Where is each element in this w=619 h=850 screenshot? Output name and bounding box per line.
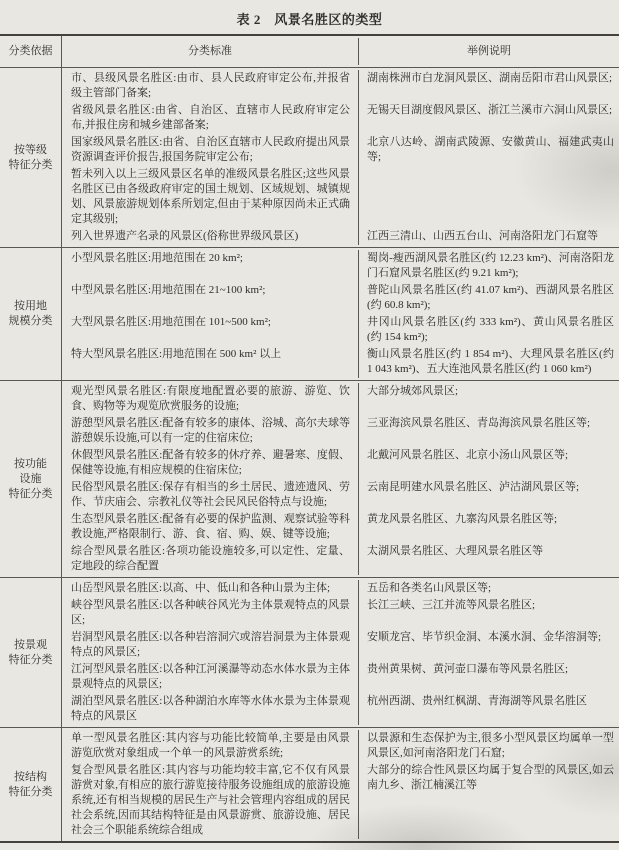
example-text: 长江三峡、三江并流等风景名胜区;	[359, 597, 619, 629]
example-text: 普陀山风景名胜区(约 41.07 km²)、西湖风景名胜区(约 60.8 km²…	[359, 282, 619, 314]
criteria-list: 山岳型风景名胜区:以高、中、低山和各种山景为主体; 五岳和各类名山风景区等; 峡…	[62, 578, 619, 727]
example-text: 以景源和生态保护为主,很多小型风景区均属单一型风景区,如河南洛阳龙门石窟;	[359, 730, 619, 762]
example-text: 北戴河风景名胜区、北京小汤山风景区等;	[359, 447, 619, 479]
header-cells: 分类标准 举例说明	[62, 36, 619, 67]
standard-text: 岩洞型风景名胜区:以各种岩溶洞穴或溶岩洞景为主体景观特点的风景区;	[62, 629, 359, 661]
criteria-list: 单一型风景名胜区:其内容与功能比较简单,主要是由风景游览欣赏对象组成一个单一的风…	[62, 728, 619, 841]
criteria-pair: 大型风景名胜区:用地范围在 101~500 km²; 井冈山风景名胜区(约 33…	[62, 314, 619, 346]
header-standard: 分类标准	[62, 38, 359, 65]
criteria-list: 市、县级风景名胜区:由市、县人民政府审定公布,并报省级主管部门备案; 湖南株洲市…	[62, 68, 619, 247]
example-text: 湖南株洲市白龙洞风景区、湖南岳阳市君山风景区;	[359, 70, 619, 102]
example-text: 大部分城郊风景区;	[359, 383, 619, 415]
standard-text: 休假型风景名胜区:配备有较多的休疗养、避暑寒、度假、保健等设施,有相应规模的住宿…	[62, 447, 359, 479]
criteria-pair: 省级风景名胜区:由省、自治区、直辖市人民政府审定公布,并报住房和城乡建部备案; …	[62, 102, 619, 134]
standard-text: 综合型风景名胜区:各项功能设施较多,可以定性、定量、定地段的综合配置	[62, 543, 359, 575]
example-text: 大部分的综合性风景区均属于复合型的风景区,如云南九乡、浙江楠溪江等	[359, 762, 619, 839]
standard-text: 市、县级风景名胜区:由市、县人民政府审定公布,并报省级主管部门备案;	[62, 70, 359, 102]
criteria-pair: 观光型风景名胜区:有限度地配置必要的旅游、游览、饮食、购物等为观览欣赏服务的设施…	[62, 383, 619, 415]
example-text: 太湖风景名胜区、大理风景名胜区等	[359, 543, 619, 575]
criteria-pair: 暂未列入以上三级风景区名单的准级风景名胜区;这些风景名胜区已由各级政府审定的国土…	[62, 166, 619, 228]
example-text	[359, 166, 619, 228]
standard-text: 江河型风景名胜区:以各种江河溪瀑等动态水体水景为主体景观特点的风景区;	[62, 661, 359, 693]
example-text: 无锡天目湖度假风景区、浙江兰溪市六洞山风景区;	[359, 102, 619, 134]
scenic-area-types-table: 分类依据 分类标准 举例说明 按等级 特征分类 市、县级风景名胜区:由市、县人民…	[0, 34, 619, 843]
basis-label: 按结构 特征分类	[0, 728, 62, 841]
standard-text: 复合型风景名胜区:其内容与功能均较丰富,它不仅有风景游赏对象,有相应的旅行游览接…	[62, 762, 359, 839]
criteria-pair: 游憩型风景名胜区:配备有较多的康体、浴城、高尔夫球等游憩娱乐设施,可以有一定的住…	[62, 415, 619, 447]
example-text: 衡山风景名胜区(约 1 854 m²)、大理风景名胜区(约 1 043 km²)…	[359, 346, 619, 378]
table-header-row: 分类依据 分类标准 举例说明	[0, 36, 619, 67]
criteria-pair: 市、县级风景名胜区:由市、县人民政府审定公布,并报省级主管部门备案; 湖南株洲市…	[62, 70, 619, 102]
criteria-pair: 江河型风景名胜区:以各种江河溪瀑等动态水体水景为主体景观特点的风景区; 贵州黄果…	[62, 661, 619, 693]
example-text: 蜀岗-瘦西湖风景名胜区(约 12.23 km²)、河南洛阳龙门石窟风景名胜区(约…	[359, 250, 619, 282]
basis-label: 按用地 规模分类	[0, 248, 62, 380]
category-row-landscape: 按景观 特征分类 山岳型风景名胜区:以高、中、低山和各种山景为主体; 五岳和各类…	[0, 577, 619, 727]
standard-text: 游憩型风景名胜区:配备有较多的康体、浴城、高尔夫球等游憩娱乐设施,可以有一定的住…	[62, 415, 359, 447]
criteria-pair: 单一型风景名胜区:其内容与功能比较简单,主要是由风景游览欣赏对象组成一个单一的风…	[62, 730, 619, 762]
criteria-pair: 休假型风景名胜区:配备有较多的休疗养、避暑寒、度假、保健等设施,有相应规模的住宿…	[62, 447, 619, 479]
basis-label: 按等级 特征分类	[0, 68, 62, 247]
standard-text: 暂未列入以上三级风景区名单的准级风景名胜区;这些风景名胜区已由各级政府审定的国土…	[62, 166, 359, 228]
example-text: 江西三清山、山西五台山、河南洛阳龙门石窟等	[359, 228, 619, 245]
standard-text: 特大型风景名胜区:用地范围在 500 km² 以上	[62, 346, 359, 378]
basis-label: 按景观 特征分类	[0, 578, 62, 727]
criteria-pair: 复合型风景名胜区:其内容与功能均较丰富,它不仅有风景游赏对象,有相应的旅行游览接…	[62, 762, 619, 839]
standard-text: 列入世界遗产名录的风景区(俗称世界级风景区)	[62, 228, 359, 245]
criteria-pair: 生态型风景名胜区:配备有必要的保护监测、观察试验等科教设施,严格限制行、游、食、…	[62, 511, 619, 543]
page-title: 表 2 风景名胜区的类型	[0, 0, 619, 28]
example-text: 北京八达岭、湖南武陵源、安徽黄山、福建武夷山等;	[359, 134, 619, 166]
standard-text: 省级风景名胜区:由省、自治区、直辖市人民政府审定公布,并报住房和城乡建部备案;	[62, 102, 359, 134]
example-text: 贵州黄果树、黄河壶口瀑布等风景名胜区;	[359, 661, 619, 693]
basis-label: 按功能 设施 特征分类	[0, 381, 62, 577]
example-text: 三亚海滨风景名胜区、青岛海滨风景名胜区等;	[359, 415, 619, 447]
criteria-pair: 湖泊型风景名胜区:以各种湖泊水库等水体水景为主体景观特点的风景区 杭州西湖、贵州…	[62, 693, 619, 725]
criteria-list: 小型风景名胜区:用地范围在 20 km²; 蜀岗-瘦西湖风景名胜区(约 12.2…	[62, 248, 619, 380]
header-pair: 分类标准 举例说明	[62, 38, 619, 65]
criteria-pair: 民俗型风景名胜区:保存有相当的乡土居民、遗迹遗风、劳作、节庆庙会、宗教礼仪等社会…	[62, 479, 619, 511]
example-text: 井冈山风景名胜区(约 333 km²)、黄山风景名胜区(约 154 km²);	[359, 314, 619, 346]
example-text: 黄龙风景名胜区、九寨沟风景名胜区等;	[359, 511, 619, 543]
criteria-pair: 中型风景名胜区:用地范围在 21~100 km²; 普陀山风景名胜区(约 41.…	[62, 282, 619, 314]
category-row-function-facility: 按功能 设施 特征分类 观光型风景名胜区:有限度地配置必要的旅游、游览、饮食、购…	[0, 380, 619, 577]
standard-text: 生态型风景名胜区:配备有必要的保护监测、观察试验等科教设施,严格限制行、游、食、…	[62, 511, 359, 543]
standard-text: 小型风景名胜区:用地范围在 20 km²;	[62, 250, 359, 282]
standard-text: 民俗型风景名胜区:保存有相当的乡土居民、遗迹遗风、劳作、节庆庙会、宗教礼仪等社会…	[62, 479, 359, 511]
criteria-pair: 岩洞型风景名胜区:以各种岩溶洞穴或溶岩洞景为主体景观特点的风景区; 安顺龙宫、毕…	[62, 629, 619, 661]
standard-text: 大型风景名胜区:用地范围在 101~500 km²;	[62, 314, 359, 346]
criteria-pair: 列入世界遗产名录的风景区(俗称世界级风景区) 江西三清山、山西五台山、河南洛阳龙…	[62, 228, 619, 245]
criteria-pair: 特大型风景名胜区:用地范围在 500 km² 以上 衡山风景名胜区(约 1 85…	[62, 346, 619, 378]
criteria-pair: 国家级风景名胜区:由省、自治区直辖市人民政府提出风景资源调查评价报告,报国务院审…	[62, 134, 619, 166]
standard-text: 峡谷型风景名胜区:以各种峡谷风光为主体景观特点的风景区;	[62, 597, 359, 629]
header-basis: 分类依据	[0, 36, 62, 67]
category-row-level: 按等级 特征分类 市、县级风景名胜区:由市、县人民政府审定公布,并报省级主管部门…	[0, 67, 619, 247]
example-text: 五岳和各类名山风景区等;	[359, 580, 619, 597]
criteria-pair: 综合型风景名胜区:各项功能设施较多,可以定性、定量、定地段的综合配置 太湖风景名…	[62, 543, 619, 575]
example-text: 安顺龙宫、毕节织金洞、本溪水洞、金华溶洞等;	[359, 629, 619, 661]
criteria-pair: 小型风景名胜区:用地范围在 20 km²; 蜀岗-瘦西湖风景名胜区(约 12.2…	[62, 250, 619, 282]
category-row-structure: 按结构 特征分类 单一型风景名胜区:其内容与功能比较简单,主要是由风景游览欣赏对…	[0, 727, 619, 841]
standard-text: 中型风景名胜区:用地范围在 21~100 km²;	[62, 282, 359, 314]
criteria-list: 观光型风景名胜区:有限度地配置必要的旅游、游览、饮食、购物等为观览欣赏服务的设施…	[62, 381, 619, 577]
example-text: 云南昆明建水风景名胜区、泸沽湖风景区等;	[359, 479, 619, 511]
criteria-pair: 山岳型风景名胜区:以高、中、低山和各种山景为主体; 五岳和各类名山风景区等;	[62, 580, 619, 597]
scanned-page: 表 2 风景名胜区的类型 分类依据 分类标准 举例说明 按等级 特征分类 市、县…	[0, 0, 619, 850]
standard-text: 山岳型风景名胜区:以高、中、低山和各种山景为主体;	[62, 580, 359, 597]
standard-text: 观光型风景名胜区:有限度地配置必要的旅游、游览、饮食、购物等为观览欣赏服务的设施…	[62, 383, 359, 415]
standard-text: 国家级风景名胜区:由省、自治区直辖市人民政府提出风景资源调查评价报告,报国务院审…	[62, 134, 359, 166]
criteria-pair: 峡谷型风景名胜区:以各种峡谷风光为主体景观特点的风景区; 长江三峡、三江并流等风…	[62, 597, 619, 629]
standard-text: 湖泊型风景名胜区:以各种湖泊水库等水体水景为主体景观特点的风景区	[62, 693, 359, 725]
standard-text: 单一型风景名胜区:其内容与功能比较简单,主要是由风景游览欣赏对象组成一个单一的风…	[62, 730, 359, 762]
header-example: 举例说明	[359, 38, 619, 65]
category-row-land-size: 按用地 规模分类 小型风景名胜区:用地范围在 20 km²; 蜀岗-瘦西湖风景名…	[0, 247, 619, 380]
example-text: 杭州西湖、贵州红枫湖、青海湖等风景名胜区	[359, 693, 619, 725]
